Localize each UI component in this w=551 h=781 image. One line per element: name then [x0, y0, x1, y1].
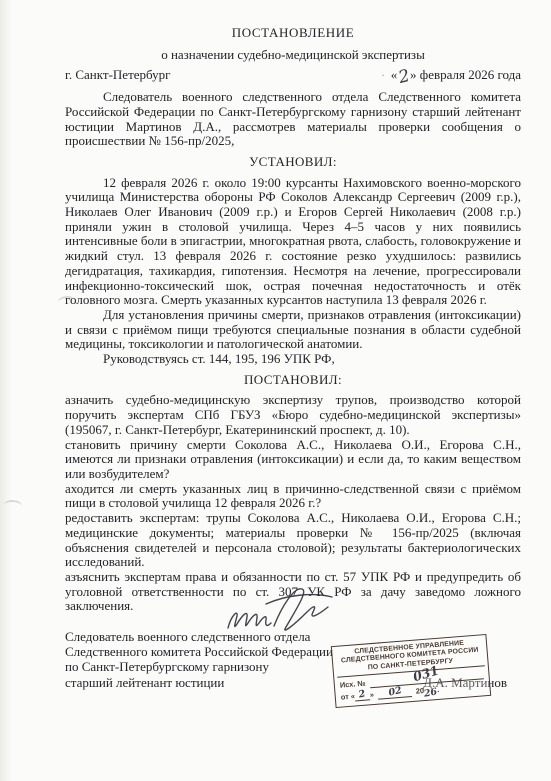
- date-group: ·«2» февраля 2026 года: [381, 68, 521, 85]
- resolution-item-3: аходится ли смерть указанных лиц в причи…: [65, 482, 521, 511]
- scan-artifact: [4, 499, 23, 511]
- handwritten-outgoing-number: 031: [412, 667, 439, 681]
- document-title: ПОСТАНОВЛЕНИЕ: [65, 26, 521, 41]
- official-stamp: СЛЕДСТВЕННОЕ УПРАВЛЕНИЕ СЛЕДСТВЕННОГО КО…: [331, 634, 491, 708]
- scan-dot: ·: [381, 71, 384, 82]
- resolution-item-2: становить причину смерти Соколова А.С., …: [65, 438, 521, 482]
- handwritten-stamp-month: 02: [388, 687, 403, 697]
- facts-paragraph: 12 февраля 2026 г. около 19:00 курсанты …: [65, 176, 521, 308]
- handwritten-signature-icon: [220, 580, 340, 644]
- intro-paragraph: Следователь военного следственного отдел…: [65, 90, 521, 149]
- resolution-item-1: азначить судебно-медицинскую экспертизу …: [65, 393, 521, 437]
- stamp-from-label: от «: [340, 691, 355, 703]
- date-text: » февраля 2026 года: [410, 67, 521, 82]
- scan-edge-shade: [0, 0, 12, 781]
- guided-paragraph: Руководствуясь ст. 144, 195, 196 УПК РФ,: [65, 352, 521, 367]
- handwritten-stamp-year: 26: [424, 689, 438, 698]
- stamp-month-field: 02: [377, 685, 412, 700]
- stamp-day-field: 2: [354, 689, 370, 702]
- scanned-document-page: ПОСТАНОВЛЕНИЕ о назначении судебно-медиц…: [0, 0, 551, 781]
- heading-resolved: ПОСТАНОВИЛ:: [65, 373, 521, 388]
- heading-established: УСТАНОВИЛ:: [65, 155, 521, 170]
- handwritten-stamp-day: 2: [358, 691, 366, 699]
- stamp-border: СЛЕДСТВЕННОЕ УПРАВЛЕНИЕ СЛЕДСТВЕННОГО КО…: [331, 634, 491, 708]
- place-label: г. Санкт-Петербург: [65, 68, 170, 85]
- resolution-item-4: редоставить экспертам: трупы Соколова А.…: [65, 511, 521, 570]
- document-subtitle: о назначении судебно-медицинской эксперт…: [65, 48, 521, 63]
- handwritten-day: 2: [398, 71, 411, 83]
- need-paragraph: Для установления причины смерти, признак…: [65, 308, 521, 352]
- place-date-line: г. Санкт-Петербург ·«2» февраля 2026 год…: [65, 68, 521, 85]
